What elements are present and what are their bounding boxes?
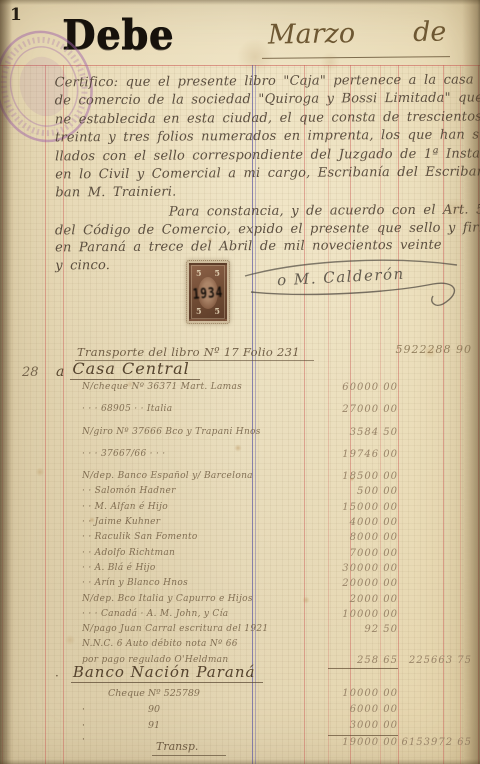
bank-item-description: Cheque Nº 525789 [96, 686, 328, 702]
month-particle: de [413, 16, 447, 48]
item-amount: 8000 00 [328, 530, 398, 545]
stamp-denomination: 5 [196, 268, 202, 278]
item-amount: 500 00 [328, 484, 398, 499]
bank-item-row: · 90 6000 00 [82, 702, 478, 718]
ledger-item-row: · · Arín y Blanco Hnos 20000 00 [82, 576, 478, 591]
stamp-denomination: 5 [214, 306, 220, 316]
ledger-item-row: N/giro Nº 37666 Bco y Trapani Hnos 3584 … [82, 425, 478, 440]
item-description: · · A. Blá é Hijo [82, 561, 328, 576]
bank-item-amount: 10000 00 [328, 686, 398, 702]
ledger-item-row: · · · Canadá · A. M. John, y Cía 10000 0… [82, 607, 478, 622]
month-underline [262, 56, 450, 59]
ditto-mark: · [82, 735, 96, 756]
month-name: Marzo [268, 18, 356, 51]
page-stack-edge [462, 0, 480, 764]
ditto-mark [82, 686, 96, 702]
item-description: · · · 68905 · · Italia [82, 402, 328, 417]
bank-items: Cheque Nº 525789 10000 00 · 90 6000 00 ·… [82, 686, 478, 734]
bank-item-amount: 6000 00 [328, 702, 398, 718]
ledger-item-row: · · Raculik San Fomento 8000 00 [82, 530, 478, 545]
signature-block: o M. Calderón [243, 252, 473, 316]
item-description: · · M. Alfan é Hijo [82, 500, 328, 515]
revenue-stamp: 5 5 5 5 1934 [186, 260, 230, 324]
entry-title: Casa Central [70, 359, 199, 380]
transp-total-row: · Transp. 19000 00 6153972 65 [82, 735, 478, 756]
item-amount: 3584 50 [328, 425, 398, 440]
closing-line: Para constancia, y de acuerdo con el Art… [169, 202, 461, 222]
ledger-item-row: · · A. Blá é Hijo 30000 00 [82, 561, 478, 576]
ledger-item-row: N/pago Juan Carral escritura del 1921 92… [82, 622, 478, 637]
item-amount: 19746 00 [328, 447, 398, 462]
entry-heading: 28 a Casa Central [22, 358, 200, 380]
item-description: · · Arín y Blanco Hnos [82, 576, 328, 591]
certification-paragraph: Certifico: que el presente libro "Caja" … [55, 72, 462, 204]
bank-item-amount: 3000 00 [328, 718, 398, 734]
ditto-mark: · [82, 702, 96, 718]
item-amount: 20000 00 [328, 576, 398, 591]
item-description: · · Raculik San Fomento [82, 530, 328, 545]
item-amount: 18500 00 [328, 469, 398, 484]
item-amount: 60000 00 [328, 380, 398, 395]
bank-item-description: 91 [96, 718, 328, 734]
item-description: N/pago Juan Carral escritura del 1921 [82, 622, 328, 637]
item-amount: 92 50 [328, 622, 398, 637]
item-description: · · Salomón Hadner [82, 484, 328, 499]
ledger-item-row: N/dep. Bco Italia y Capurro e Hijos 2000… [82, 592, 478, 607]
ledger-item-row: · · · 37667/66 · · · 19746 00 [82, 447, 478, 462]
item-amount: 27000 00 [328, 402, 398, 417]
item-description: · · Adolfo Richtman [82, 546, 328, 561]
bank-bullet: · [55, 669, 59, 683]
column-rule [45, 65, 46, 764]
page-edge-shadow [0, 0, 480, 5]
stamp-body: 5 5 5 5 1934 [189, 263, 227, 321]
bank-item-row: Cheque Nº 525789 10000 00 [82, 686, 478, 702]
ditto-mark: · [82, 718, 96, 734]
ledger-page: 1 Debe Marzo de Certifico: que el presen… [0, 0, 480, 764]
ledger-item-row: · · Salomón Hadner 500 00 [82, 484, 478, 499]
item-description: · · Jaime Kuhner [82, 515, 328, 530]
stamp-denomination: 5 [214, 268, 220, 278]
entry-date: 28 [22, 365, 56, 380]
certification-line: ban M. Trainieri. [55, 182, 461, 203]
ledger-item-row: · · Adolfo Richtman 7000 00 [82, 546, 478, 561]
item-amount: 30000 00 [328, 561, 398, 576]
entry-prefix: a [56, 364, 64, 380]
item-description: N/dep. Bco Italia y Capurro e Hijos [82, 592, 328, 607]
binding-gutter-shadow [0, 0, 12, 764]
stamp-denomination: 5 [196, 306, 202, 316]
ledger-item-row: N/dep. Banco Español y/ Barcelona 18500 … [82, 469, 478, 484]
item-subtotal: 225663 75 [388, 653, 472, 668]
item-description: · · · Canadá · A. M. John, y Cía [82, 607, 328, 622]
month-header: Marzo de [268, 16, 449, 50]
item-description: N/giro Nº 37666 Bco y Trapani Hnos [82, 425, 328, 440]
transp-label: Transp. [152, 740, 226, 756]
transp-amount: 19000 00 [328, 735, 398, 756]
item-description: N.N.C. 6 Auto débito nota Nº 66 [82, 637, 328, 652]
ledger-item-row: · · M. Alfan é Hijo 15000 00 [82, 500, 478, 515]
transport-total: 5922288 90 [396, 343, 472, 356]
ledger-item-row: N.N.C. 6 Auto débito nota Nº 66 [82, 637, 478, 652]
stamp-overprint: 1934 [190, 284, 225, 303]
item-description: N/cheque Nº 36371 Mart. Lamas [82, 380, 328, 395]
bank-title: Banco Nación Paraná [71, 663, 264, 683]
bank-item-row: · 91 3000 00 [82, 718, 478, 734]
item-description: · · · 37667/66 · · · [82, 447, 328, 462]
ledger-item-row: · · Jaime Kuhner 4000 00 [82, 515, 478, 530]
item-amount: 4000 00 [328, 515, 398, 530]
ledger-items: N/cheque Nº 36371 Mart. Lamas 60000 00 ·… [82, 380, 478, 669]
transp-label-wrap: Transp. [96, 735, 328, 756]
item-amount [328, 637, 398, 652]
bank-heading: · Banco Nación Paraná [55, 663, 263, 683]
bank-item-description: 90 [96, 702, 328, 718]
item-amount: 2000 00 [328, 592, 398, 607]
ledger-item-row: · · · 68905 · · Italia 27000 00 [82, 402, 478, 417]
item-amount: 10000 00 [328, 607, 398, 622]
item-amount: 7000 00 [328, 546, 398, 561]
item-description: N/dep. Banco Español y/ Barcelona [82, 469, 328, 484]
item-amount: 15000 00 [328, 500, 398, 515]
ledger-item-row: N/cheque Nº 36371 Mart. Lamas 60000 00 [82, 380, 478, 395]
page-edge-shadow [0, 759, 480, 764]
